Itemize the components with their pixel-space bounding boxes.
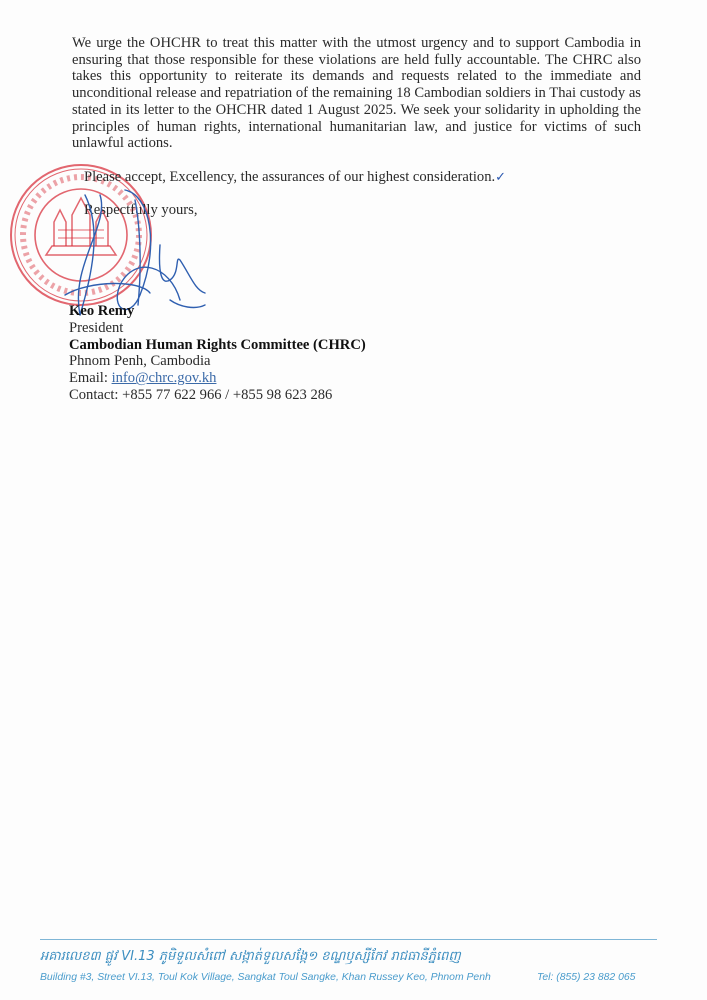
footer-address-khmer: អគារលេខ៣ ផ្លូវ VI.13 ភូមិទួលសំពៅ សង្កាត់… xyxy=(40,948,461,967)
location: Phnom Penh, Cambodia xyxy=(69,353,366,370)
signatory-name: Keo Remy xyxy=(69,303,366,320)
footer-telephone: Tel: (855) 23 882 065 xyxy=(537,972,635,983)
email-line: Email: info@chrc.gov.kh xyxy=(69,370,366,387)
signature-block: Keo Remy President Cambodian Human Right… xyxy=(69,303,366,404)
body-paragraph: We urge the OHCHR to treat this matter w… xyxy=(72,35,641,152)
contact-line: Contact: +855 77 622 966 / +855 98 623 2… xyxy=(69,387,366,404)
signatory-title: President xyxy=(69,320,366,337)
check-mark-icon: ✓ xyxy=(495,170,506,185)
closing-text: Please accept, Excellency, the assurance… xyxy=(84,169,495,185)
email-link[interactable]: info@chrc.gov.kh xyxy=(112,370,217,386)
closing-line: Please accept, Excellency, the assurance… xyxy=(84,169,506,186)
footer-address-english: Building #3, Street VI.13, Toul Kok Vill… xyxy=(40,972,491,983)
letter-page: We urge the OHCHR to treat this matter w… xyxy=(0,0,707,1000)
organization-name: Cambodian Human Rights Committee (CHRC) xyxy=(69,337,366,354)
email-label: Email: xyxy=(69,370,112,386)
footer-divider xyxy=(40,939,657,940)
